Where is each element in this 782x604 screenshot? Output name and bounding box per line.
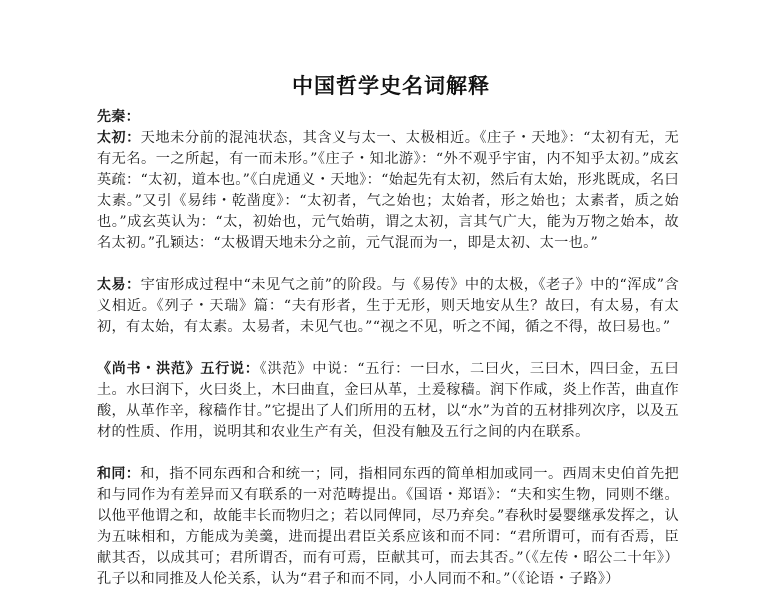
entry-hetong: 和同：和，指不同东西和合和统一；同，指相同东西的简单相加或同一。西周末史伯首先把… xyxy=(97,464,679,590)
document-body: 先秦： 太初：天地未分前的混沌状态，其含义与太一、太极相近。《庄子・天地》：“太… xyxy=(97,107,679,604)
entry-text: 和，指不同东西和合和统一；同，指相同东西的简单相加或同一。西周末史伯首先把和与同… xyxy=(97,466,679,587)
entry-text: 宇宙形成过程中“未见气之前”的阶段。与《易传》中的太极，《老子》中的“浑成”含义… xyxy=(97,277,679,335)
section-heading: 先秦： xyxy=(97,107,679,128)
entry-term: 太初： xyxy=(97,130,141,146)
document-page: 中国哲学史名词解释 先秦： 太初：天地未分前的混沌状态，其含义与太一、太极相近。… xyxy=(0,0,782,604)
entry-term: 和同： xyxy=(97,466,140,482)
document-title: 中国哲学史名词解释 xyxy=(0,70,782,100)
entry-term: 太易： xyxy=(97,277,141,293)
entry-taichu: 太初：天地未分前的混沌状态，其含义与太一、太极相近。《庄子・天地》：“太初有无，… xyxy=(97,128,679,254)
entry-hongfan-wuxing: 《尚书・洪范》五行说：《洪范》中说：“五行：一曰水，二曰火，三曰木，四曰金，五曰… xyxy=(97,359,679,443)
entry-taiyi: 太易：宇宙形成过程中“未见气之前”的阶段。与《易传》中的太极，《老子》中的“浑成… xyxy=(97,275,679,338)
entry-text: 天地未分前的混沌状态，其含义与太一、太极相近。《庄子・天地》：“太初有无，无有无… xyxy=(97,130,679,251)
entry-term: 《尚书・洪范》五行说： xyxy=(97,361,260,377)
